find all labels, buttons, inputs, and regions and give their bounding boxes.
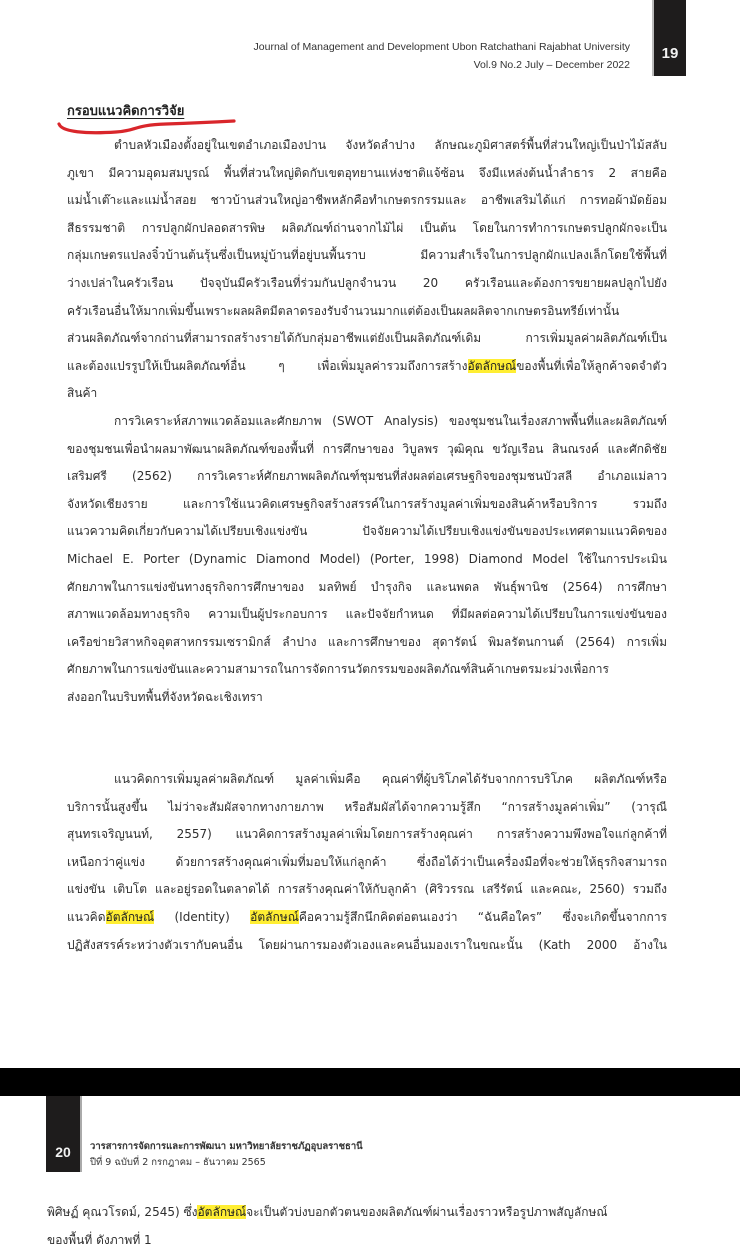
text-segment: คือความรู้สึกนึกคิดต่อตนเองว่า “ฉันคือใค… bbox=[299, 910, 667, 924]
text-line: บริการนั้นสูงขึ้น ไม่ว่าจะสัมผัสจากทางกา… bbox=[67, 794, 667, 822]
text-line: เสริมศรี (2562) การวิเคราะห์ศักยภาพผลิตภ… bbox=[67, 463, 667, 491]
text-line: สินค้า bbox=[67, 380, 667, 408]
text-line: ศักยภาพในการแข่งขันและความสามารถในการจัด… bbox=[67, 656, 667, 684]
text-line: ครัวเรือนอื่นให้มากเพิ่มขึ้นเพราะผลผลิตม… bbox=[67, 298, 667, 326]
text-line: สภาพแวดล้อมทางธุรกิจ ความเป็นผู้ประกอบกา… bbox=[67, 601, 667, 629]
text-line: ภูเขา มีความอุดมสมบูรณ์ พื้นที่ส่วนใหญ่ต… bbox=[67, 160, 667, 188]
text-segment: ของพื้นที่เพื่อให้ลูกค้าจดจำตัว bbox=[516, 359, 667, 373]
page-number-tab: 19 bbox=[654, 0, 686, 76]
page-number: 20 bbox=[46, 1144, 80, 1160]
journal-volume-en: Vol.9 No.2 July – December 2022 bbox=[254, 56, 630, 74]
text-line: ตำบลหัวเมืองตั้งอยู่ในเขตอำเภอเมืองปาน จ… bbox=[67, 132, 667, 160]
page-separator bbox=[0, 1068, 740, 1096]
text-line: ปฏิสังสรรค์ระหว่างตัวเรากับคนอื่น โดยผ่า… bbox=[67, 932, 667, 960]
text-line: เหนือกว่าคู่แข่ง ด้วยการสร้างคุณค่าเพิ่ม… bbox=[67, 849, 667, 877]
text-line: กลุ่มเกษตรแปลงจิ๋วบ้านต้นรุ้นซึ่งเป็นหมู… bbox=[67, 242, 667, 270]
journal-title-en: Journal of Management and Development Ub… bbox=[254, 38, 630, 56]
text-line: แนวคิดอัตลักษณ์ (Identity) อัตลักษณ์คือค… bbox=[67, 904, 667, 932]
text-line: แม่น้ำเต๊าะและแม่น้ำสอย ชาวบ้านส่วนใหญ่อ… bbox=[67, 187, 667, 215]
text-line: และต้องแปรรูปให้เป็นผลิตภัณฑ์อื่น ๆ เพื่… bbox=[67, 353, 667, 381]
text-line: สีธรรมชาติ การปลูกผักปลอดสารพิษ ผลิตภัณฑ… bbox=[67, 215, 667, 243]
document-page-19: Journal of Management and Development Ub… bbox=[0, 0, 740, 1068]
text-segment: และต้องแปรรูปให้เป็นผลิตภัณฑ์อื่น ๆ เพื่… bbox=[67, 359, 468, 373]
paragraph-2: การวิเคราะห์สภาพแวดล้อมและศักยภาพ (SWOT … bbox=[67, 408, 667, 712]
text-line: ส่งออกในบริบทพื้นที่จังหวัดฉะเชิงเทรา bbox=[67, 684, 667, 712]
journal-title-th: วารสารการจัดการและการพัฒนา มหาวิทยาลัยรา… bbox=[90, 1139, 363, 1155]
text-line: สุนทรเจริญนนท์, 2557) แนวคิดการสร้างมูลค… bbox=[67, 821, 667, 849]
page-number: 19 bbox=[654, 45, 686, 62]
text-segment: (Identity) bbox=[154, 910, 250, 924]
text-line: แข่งขัน เติบโต และอยู่รอดในตลาดได้ การสร… bbox=[67, 876, 667, 904]
text-segment: แนวคิด bbox=[67, 910, 106, 924]
text-line: Michael E. Porter (Dynamic Diamond Model… bbox=[67, 546, 667, 574]
highlighted-term[interactable]: อัตลักษณ์ bbox=[106, 910, 155, 924]
text-line: ว่างเปล่าในครัวเรือน ปัจจุบันมีครัวเรือน… bbox=[67, 270, 667, 298]
text-line: เครือข่ายวิสาหกิจอุตสาหกรรมเซรามิกส์ ลำป… bbox=[67, 629, 667, 657]
text-line: จังหวัดเชียงราย และการใช้แนวคิดเศรษฐกิจส… bbox=[67, 491, 667, 519]
paragraph-3: แนวคิดการเพิ่มมูลค่าผลิตภัณฑ์ มูลค่าเพิ่… bbox=[67, 766, 667, 959]
continuation-paragraph: พิศิษฏ์ คุณวโรดม์, 2545) ซึ่งอัตลักษณ์จะ… bbox=[47, 1198, 608, 1254]
journal-volume-th: ปีที่ 9 ฉบับที่ 2 กรกฎาคม – ธันวาคม 2565 bbox=[90, 1155, 363, 1171]
text-line: ของชุมชนเพื่อนำผลมาพัฒนาผลิตภัณฑ์ของพื้น… bbox=[67, 436, 667, 464]
text-segment: พิศิษฏ์ คุณวโรดม์, 2545) ซึ่ง bbox=[47, 1205, 197, 1219]
running-header: Journal of Management and Development Ub… bbox=[254, 38, 630, 74]
text-line: ศักยภาพในการแข่งขันทางธุรกิจการศึกษาของ … bbox=[67, 574, 667, 602]
highlighted-term[interactable]: อัตลักษณ์ bbox=[197, 1205, 246, 1219]
text-line: ส่วนผลิตภัณฑ์จากถ่านที่สามารถสร้างรายได้… bbox=[67, 325, 667, 353]
highlighted-term[interactable]: อัตลักษณ์ bbox=[468, 359, 517, 373]
text-line: แนวคิดการเพิ่มมูลค่าผลิตภัณฑ์ มูลค่าเพิ่… bbox=[67, 766, 667, 794]
text-line: แนวความคิดเกี่ยวกับความได้เปรียบเชิงแข่ง… bbox=[67, 518, 667, 546]
paragraph-1: ตำบลหัวเมืองตั้งอยู่ในเขตอำเภอเมืองปาน จ… bbox=[67, 132, 667, 408]
text-line: พิศิษฏ์ คุณวโรดม์, 2545) ซึ่งอัตลักษณ์จะ… bbox=[47, 1198, 608, 1226]
text-line: ของพื้นที่ ดังภาพที่ 1 bbox=[47, 1226, 608, 1254]
page-number-tab: 20 bbox=[46, 1096, 80, 1172]
text-segment: จะเป็นตัวบ่งบอกตัวตนของผลิตภัณฑ์ผ่านเรื่… bbox=[246, 1205, 607, 1219]
running-header-thai: วารสารการจัดการและการพัฒนา มหาวิทยาลัยรา… bbox=[90, 1139, 363, 1171]
highlighted-term[interactable]: อัตลักษณ์ bbox=[250, 910, 299, 924]
text-line: การวิเคราะห์สภาพแวดล้อมและศักยภาพ (SWOT … bbox=[67, 408, 667, 436]
